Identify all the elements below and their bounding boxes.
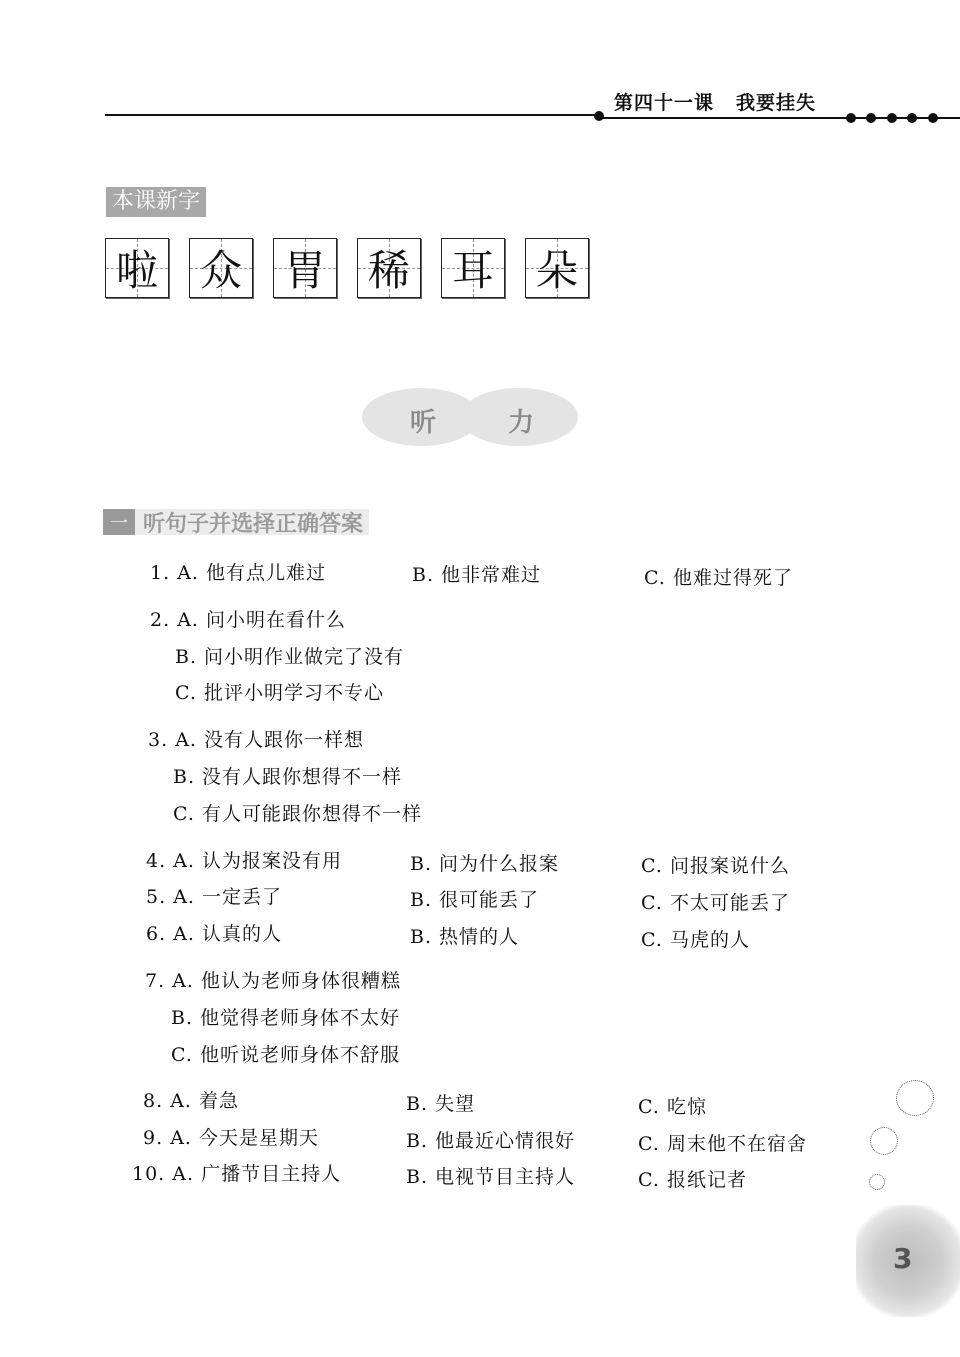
option-b: B. 电视节目主持人 bbox=[406, 1162, 575, 1189]
question-10: 10. A. 广播节目主持人 bbox=[132, 1159, 341, 1186]
character: 朵 bbox=[536, 238, 578, 298]
question-number: 1. bbox=[150, 562, 170, 584]
character: 耳 bbox=[452, 238, 494, 298]
header-dot-icon bbox=[907, 113, 917, 123]
option-b: B. 很可能丢了 bbox=[410, 885, 539, 912]
question-number: 4. bbox=[146, 850, 166, 872]
question-5: 5. A. 一定丢了 bbox=[146, 882, 282, 909]
question-number: 9. bbox=[143, 1127, 163, 1149]
header-dot-icon bbox=[594, 111, 604, 121]
option-c: C. 不太可能丢了 bbox=[641, 888, 790, 915]
option-b: B. 问小明作业做完了没有 bbox=[175, 642, 404, 669]
header-dot-icon bbox=[846, 113, 856, 123]
question-number: 8. bbox=[143, 1090, 163, 1112]
bubble-icon bbox=[896, 1080, 934, 1116]
character-box: 稀 bbox=[357, 238, 421, 298]
new-characters-grid: 啦 众 胃 稀 耳 朵 bbox=[105, 238, 589, 298]
banner-text-right: 力 bbox=[508, 402, 534, 439]
header-dot-icon bbox=[866, 113, 876, 123]
header-dot-icon bbox=[887, 113, 897, 123]
question-number: 6. bbox=[146, 923, 166, 945]
character: 胃 bbox=[284, 238, 326, 298]
character: 众 bbox=[200, 238, 242, 298]
question-9: 9. A. 今天是星期天 bbox=[143, 1123, 319, 1150]
character: 啦 bbox=[116, 238, 158, 298]
character-box: 胃 bbox=[273, 238, 337, 298]
character: 稀 bbox=[368, 238, 410, 298]
lesson-number: 第四十一课 bbox=[614, 92, 714, 114]
option-b: B. 他觉得老师身体不太好 bbox=[171, 1003, 400, 1030]
question-number: 2. bbox=[150, 609, 170, 631]
option-c: C. 他听说老师身体不舒服 bbox=[171, 1040, 400, 1067]
exercise-heading: 一 听句子并选择正确答案 bbox=[103, 509, 369, 535]
option-a: A. 一定丢了 bbox=[173, 886, 282, 908]
option-b: B. 他非常难过 bbox=[412, 560, 541, 587]
option-b: B. 问为什么报案 bbox=[410, 849, 559, 876]
option-a: A. 着急 bbox=[170, 1090, 239, 1112]
question-number: 10. bbox=[132, 1163, 165, 1185]
option-a: A. 认真的人 bbox=[173, 923, 282, 945]
character-box: 啦 bbox=[105, 238, 169, 298]
question-number: 5. bbox=[146, 886, 166, 908]
lesson-header: 第四十一课我要挂失 bbox=[614, 88, 816, 115]
listening-banner: 听 力 bbox=[362, 388, 578, 448]
character-box: 朵 bbox=[525, 238, 589, 298]
option-a: A. 他认为老师身体很糟糕 bbox=[172, 970, 401, 992]
exercise-number: 一 bbox=[103, 509, 135, 535]
question-number: 3. bbox=[148, 729, 168, 751]
option-c: C. 吃惊 bbox=[638, 1092, 707, 1119]
option-c: C. 批评小明学习不专心 bbox=[175, 678, 384, 705]
option-c: C. 马虎的人 bbox=[641, 925, 750, 952]
character-box: 耳 bbox=[441, 238, 505, 298]
option-b: B. 没有人跟你想得不一样 bbox=[173, 762, 402, 789]
bubble-icon bbox=[869, 1174, 885, 1190]
banner-text-left: 听 bbox=[410, 402, 436, 439]
question-4: 4. A. 认为报案没有用 bbox=[146, 846, 342, 873]
option-b: B. 失望 bbox=[406, 1089, 475, 1116]
header-rule bbox=[105, 114, 600, 116]
option-b: B. 热情的人 bbox=[410, 922, 519, 949]
question-6: 6. A. 认真的人 bbox=[146, 919, 282, 946]
question-7: 7. A. 他认为老师身体很糟糕 bbox=[145, 966, 401, 993]
option-a: A. 没有人跟你一样想 bbox=[175, 729, 364, 751]
bubble-icon bbox=[870, 1127, 898, 1155]
character-box: 众 bbox=[189, 238, 253, 298]
option-b: B. 他最近心情很好 bbox=[406, 1126, 575, 1153]
question-1: 1. A. 他有点儿难过 bbox=[150, 558, 326, 585]
option-c: C. 有人可能跟你想得不一样 bbox=[173, 799, 422, 826]
new-characters-label: 本课新字 bbox=[106, 187, 206, 217]
option-c: C. 问报案说什么 bbox=[641, 851, 790, 878]
option-a: A. 今天是星期天 bbox=[170, 1127, 319, 1149]
header-dot-icon bbox=[928, 113, 938, 123]
page-number: 3 bbox=[893, 1242, 912, 1275]
option-c: C. 周末他不在宿舍 bbox=[638, 1129, 807, 1156]
question-number: 7. bbox=[145, 970, 165, 992]
option-c: C. 报纸记者 bbox=[638, 1165, 747, 1192]
header-rule-right bbox=[600, 117, 960, 119]
option-a: A. 认为报案没有用 bbox=[173, 850, 342, 872]
exercise-title: 听句子并选择正确答案 bbox=[135, 507, 369, 538]
question-2: 2. A. 问小明在看什么 bbox=[150, 605, 346, 632]
option-a: A. 广播节目主持人 bbox=[172, 1163, 341, 1185]
option-a: A. 问小明在看什么 bbox=[177, 609, 346, 631]
question-8: 8. A. 着急 bbox=[143, 1086, 239, 1113]
option-c: C. 他难过得死了 bbox=[644, 563, 793, 590]
question-3: 3. A. 没有人跟你一样想 bbox=[148, 725, 364, 752]
option-a: A. 他有点儿难过 bbox=[177, 562, 326, 584]
lesson-title: 我要挂失 bbox=[736, 92, 816, 114]
